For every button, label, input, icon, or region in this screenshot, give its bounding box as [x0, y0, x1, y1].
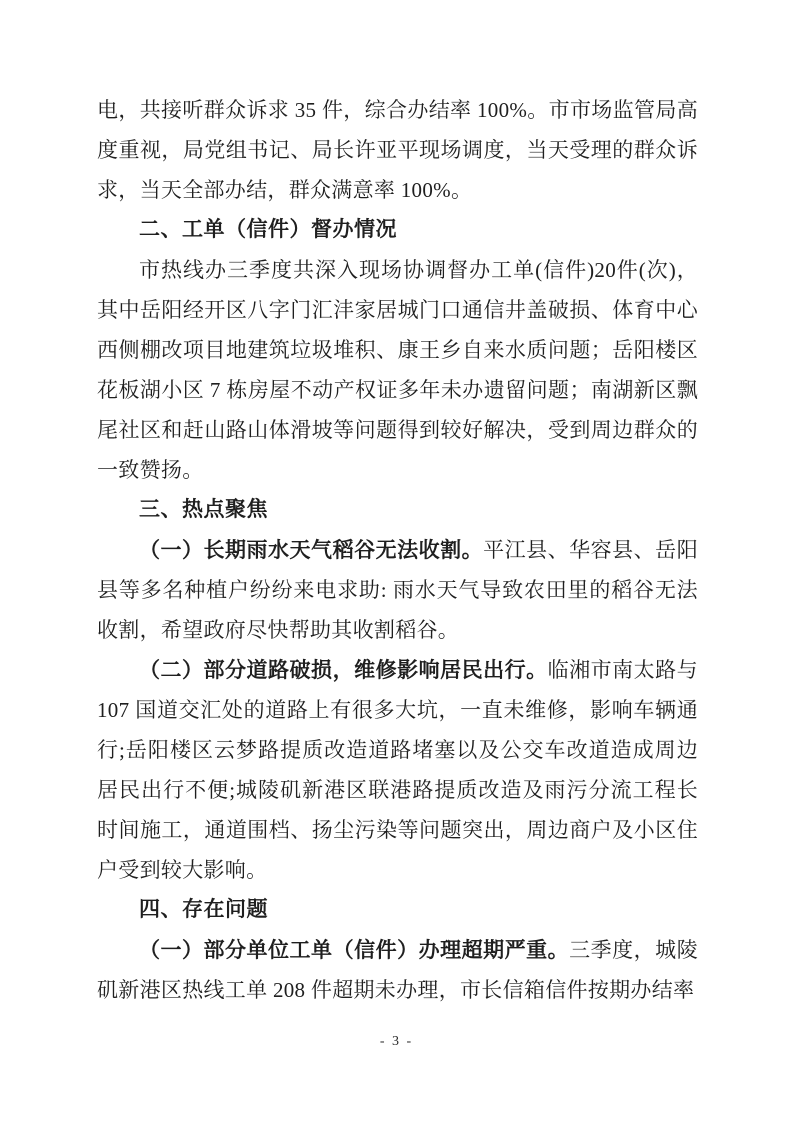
section-heading-hot-topics: 三、热点聚焦 [97, 490, 698, 530]
heading-text: 二、工单（信件）督办情况 [139, 218, 397, 241]
topic-title-bold: （一）部分单位工单（信件）办理超期严重。 [139, 938, 569, 962]
topic-title-bold: （二）部分道路破损，维修影响居民出行。 [139, 658, 548, 682]
heading-text: 三、热点聚焦 [139, 498, 268, 521]
topic-title-bold: （一）长期雨水天气稻谷无法收割。 [139, 538, 483, 562]
section-heading-existing-problems: 四、存在问题 [97, 890, 698, 930]
section-heading-work-order-supervision: 二、工单（信件）督办情况 [97, 210, 698, 250]
document-page: 电，共接听群众诉求 35 件，综合办结率 100%。市市场监管局高度重视，局党组… [0, 0, 793, 1122]
paragraph-hot-topic-2: （二）部分道路破损，维修影响居民出行。临湘市南太路与 107 国道交汇处的道路上… [97, 650, 698, 890]
page-number: - 3 - [0, 1034, 793, 1050]
text-run: 市热线办三季度共深入现场协调督办工单(信件)20件(次)，其中岳阳经开区八字门汇… [97, 258, 698, 482]
heading-text: 四、存在问题 [139, 898, 268, 921]
paragraph-hot-topic-1: （一）长期雨水天气稻谷无法收割。平江县、华容县、岳阳县等多名种植户纷纷来电求助:… [97, 530, 698, 650]
paragraph-supervision-details: 市热线办三季度共深入现场协调督办工单(信件)20件(次)，其中岳阳经开区八字门汇… [97, 250, 698, 490]
text-run: 临湘市南太路与 107 国道交汇处的道路上有很多大坑，一直未维修，影响车辆通行;… [97, 658, 698, 882]
document-body: 电，共接听群众诉求 35 件，综合办结率 100%。市市场监管局高度重视，局党组… [97, 90, 698, 1010]
paragraph-continued-from-previous-page: 电，共接听群众诉求 35 件，综合办结率 100%。市市场监管局高度重视，局党组… [97, 90, 698, 210]
paragraph-problem-1: （一）部分单位工单（信件）办理超期严重。三季度，城陵矶新港区热线工单 208 件… [97, 930, 698, 1010]
text-run: 电，共接听群众诉求 35 件，综合办结率 100%。市市场监管局高度重视，局党组… [97, 98, 698, 202]
